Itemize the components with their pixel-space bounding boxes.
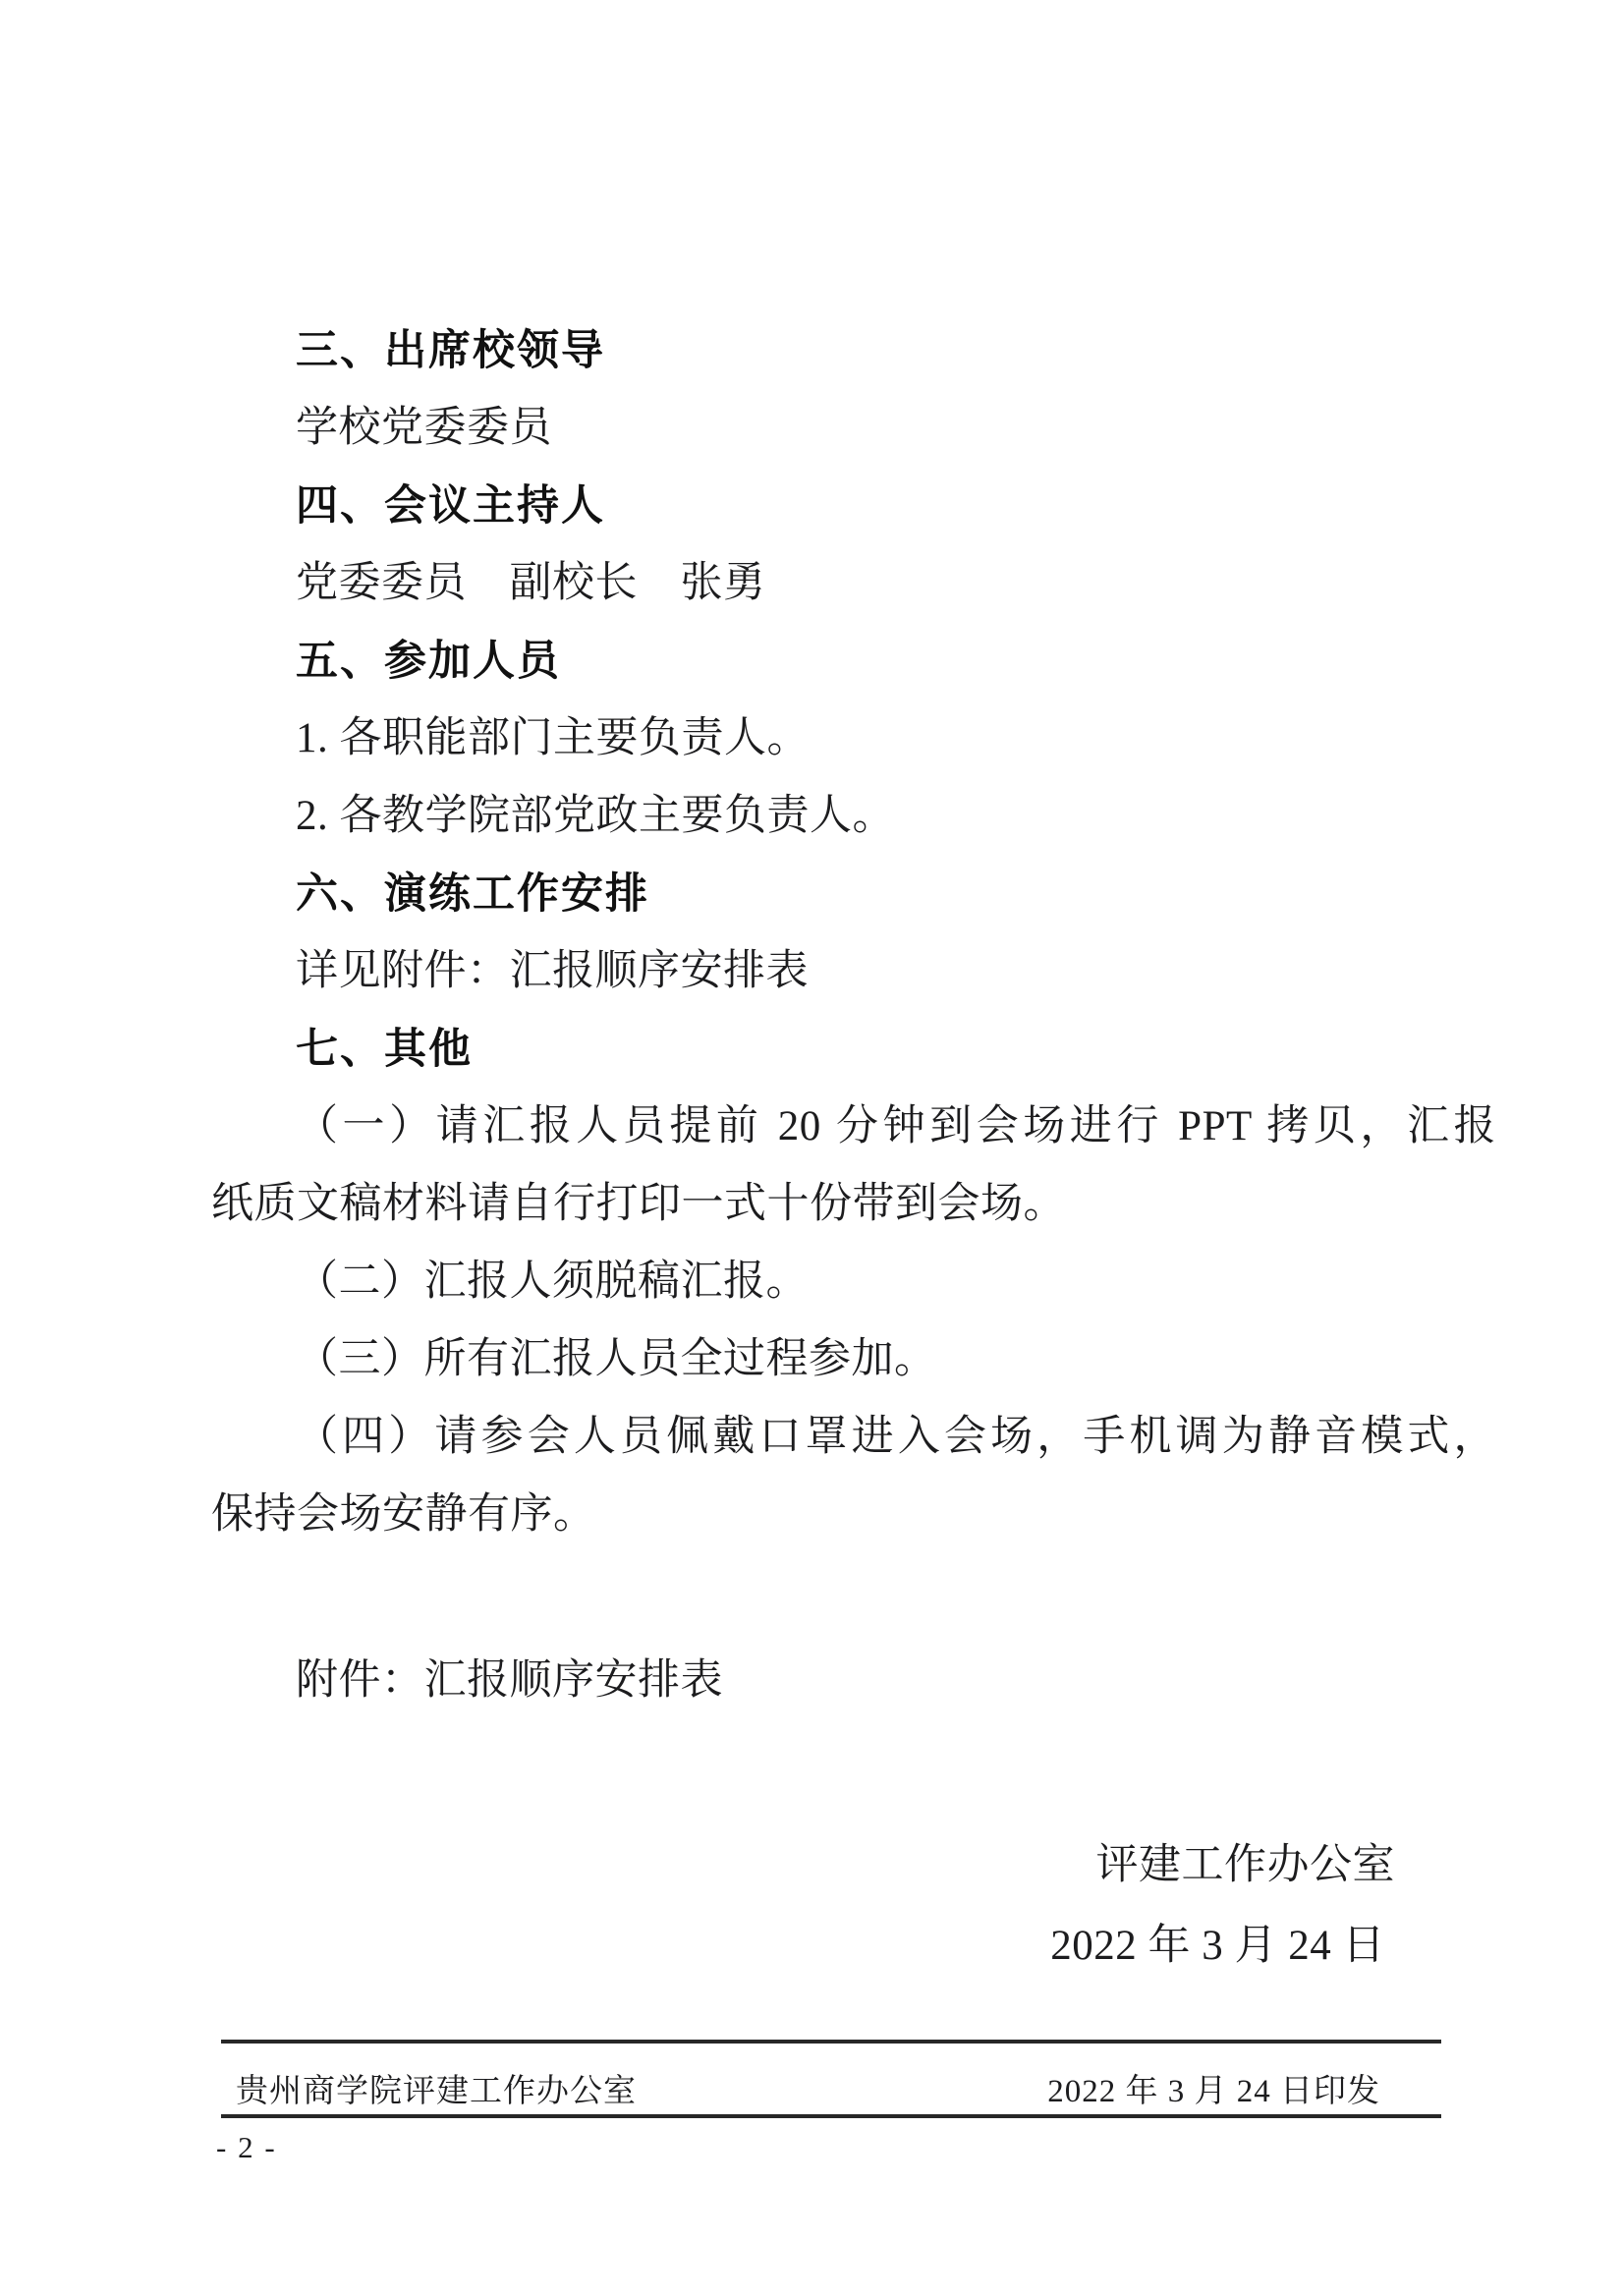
document-page: 三、出席校领导 学校党委委员 四、会议主持人 党委委员 副校长 张勇 五、参加人… xyxy=(0,0,1623,2296)
signoff-date: 2022 年 3 月 24 日 xyxy=(211,1924,1412,1969)
participant-item-2: 2. 各教学院部党政主要负责人。 xyxy=(211,794,1496,839)
other-item-4-line-2: 保持会场安静有序。 xyxy=(211,1492,1412,1538)
other-item-4-line-1: （四）请参会人员佩戴口罩进入会场，手机调为静音模式， xyxy=(211,1415,1496,1460)
attendees-line: 学校党委委员 xyxy=(211,406,1496,451)
section-heading-5: 五、参加人员 xyxy=(211,639,1496,684)
arrangement-line: 详见附件：汇报顺序安排表 xyxy=(211,949,1496,994)
other-item-2: （二）汇报人须脱稿汇报。 xyxy=(211,1260,1496,1305)
footer-rule-top xyxy=(221,2040,1441,2044)
section-heading-3: 三、出席校领导 xyxy=(211,328,1496,373)
section-heading-7: 七、其他 xyxy=(211,1027,1496,1072)
participant-item-1: 1. 各职能部门主要负责人。 xyxy=(211,716,1496,761)
section-heading-4: 四、会议主持人 xyxy=(211,483,1496,529)
other-item-3: （三）所有汇报人员全过程参加。 xyxy=(211,1337,1496,1382)
footer-row: 贵州商学院评建工作办公室 2022 年 3 月 24 日印发 xyxy=(221,2065,1441,2111)
footer-rule-bottom xyxy=(221,2114,1441,2118)
host-line: 党委委员 副校长 张勇 xyxy=(211,561,1496,606)
page-number: - 2 - xyxy=(216,2130,277,2165)
other-item-1-line-2: 纸质文稿材料请自行打印一式十份带到会场。 xyxy=(211,1182,1412,1227)
section-heading-6: 六、演练工作安排 xyxy=(211,871,1496,917)
attachment-line: 附件：汇报顺序安排表 xyxy=(211,1658,1496,1704)
other-item-1-line-1: （一）请汇报人员提前 20 分钟到会场进行 PPT 拷贝，汇报 xyxy=(211,1104,1496,1149)
footer-issue-date: 2022 年 3 月 24 日印发 xyxy=(1047,2065,1441,2111)
footer-issuer: 贵州商学院评建工作办公室 xyxy=(221,2065,637,2111)
signoff-office: 评建工作办公室 xyxy=(211,1843,1412,1888)
